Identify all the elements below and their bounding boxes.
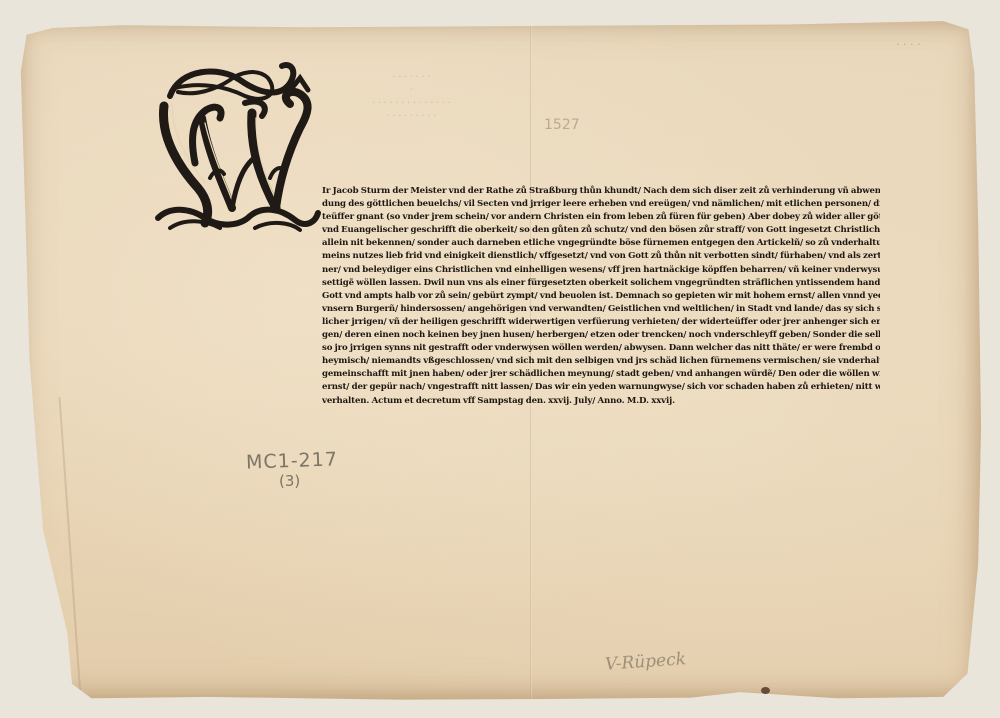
text-line: gen/ deren einen noch keinen bey jnen hu… bbox=[322, 329, 880, 342]
shelfmark-sub-annotation: (3) bbox=[279, 472, 300, 490]
corner-pencil-note: · · · · bbox=[896, 38, 920, 51]
ordinance-text: Ir Jacob Sturm der Meister vnd der Rathe… bbox=[322, 185, 880, 408]
text-line: ner/ vnd beleydiger eins Christlichen vn… bbox=[322, 264, 880, 277]
decorated-initial-w-icon bbox=[150, 58, 322, 234]
left-crease bbox=[59, 397, 82, 696]
ink-stain bbox=[761, 687, 770, 694]
text-line: licher jrrigen/ vñ der heiligen geschrif… bbox=[322, 316, 880, 329]
text-line: settigẽ wöllen lassen. Dwil nun vns als … bbox=[322, 277, 880, 290]
text-line: meins nutzes lieb frid vnd einigkeit die… bbox=[322, 250, 880, 263]
text-line: heymisch/ niemandts vßgeschlossen/ vnd s… bbox=[322, 355, 880, 368]
handwritten-year-note: 1527 bbox=[544, 117, 580, 133]
text-line: dung des göttlichen beuelchs/ vil Secten… bbox=[322, 198, 880, 211]
shelfmark-annotation: MC1-217 bbox=[246, 448, 339, 473]
stamp-line: ·············· bbox=[352, 96, 472, 109]
text-line: Ir Jacob Sturm der Meister vnd der Rathe… bbox=[322, 185, 880, 198]
text-line-dateline: verhalten. Actum et decretum vff Sampsta… bbox=[322, 395, 880, 408]
stamp-line: · bbox=[352, 83, 472, 96]
text-line: vnd Euangelischer geschrifft die oberkei… bbox=[322, 224, 880, 237]
stamp-line: ······· bbox=[352, 70, 472, 83]
text-line: vnsern Burgerñ/ hindersossen/ angehörige… bbox=[322, 303, 880, 316]
faded-library-stamp: ······· · ·············· ········· bbox=[352, 70, 472, 130]
text-line: allein nit bekennen/ sonder auch darnebe… bbox=[322, 237, 880, 250]
stamp-line: ········· bbox=[352, 109, 472, 122]
text-line: teüffer gnant (so vnder jrem schein/ vor… bbox=[322, 211, 880, 224]
text-line: ernst/ der gepür nach/ vngestrafft nitt … bbox=[322, 381, 880, 394]
text-line: Gott vnd ampts halb vor zů sein/ gebürt … bbox=[322, 290, 880, 303]
text-line: gemeinschafft mit jnen haben/ oder jrer … bbox=[322, 368, 880, 381]
text-line: so jro jrrigen synns nit gestrafft oder … bbox=[322, 342, 880, 355]
